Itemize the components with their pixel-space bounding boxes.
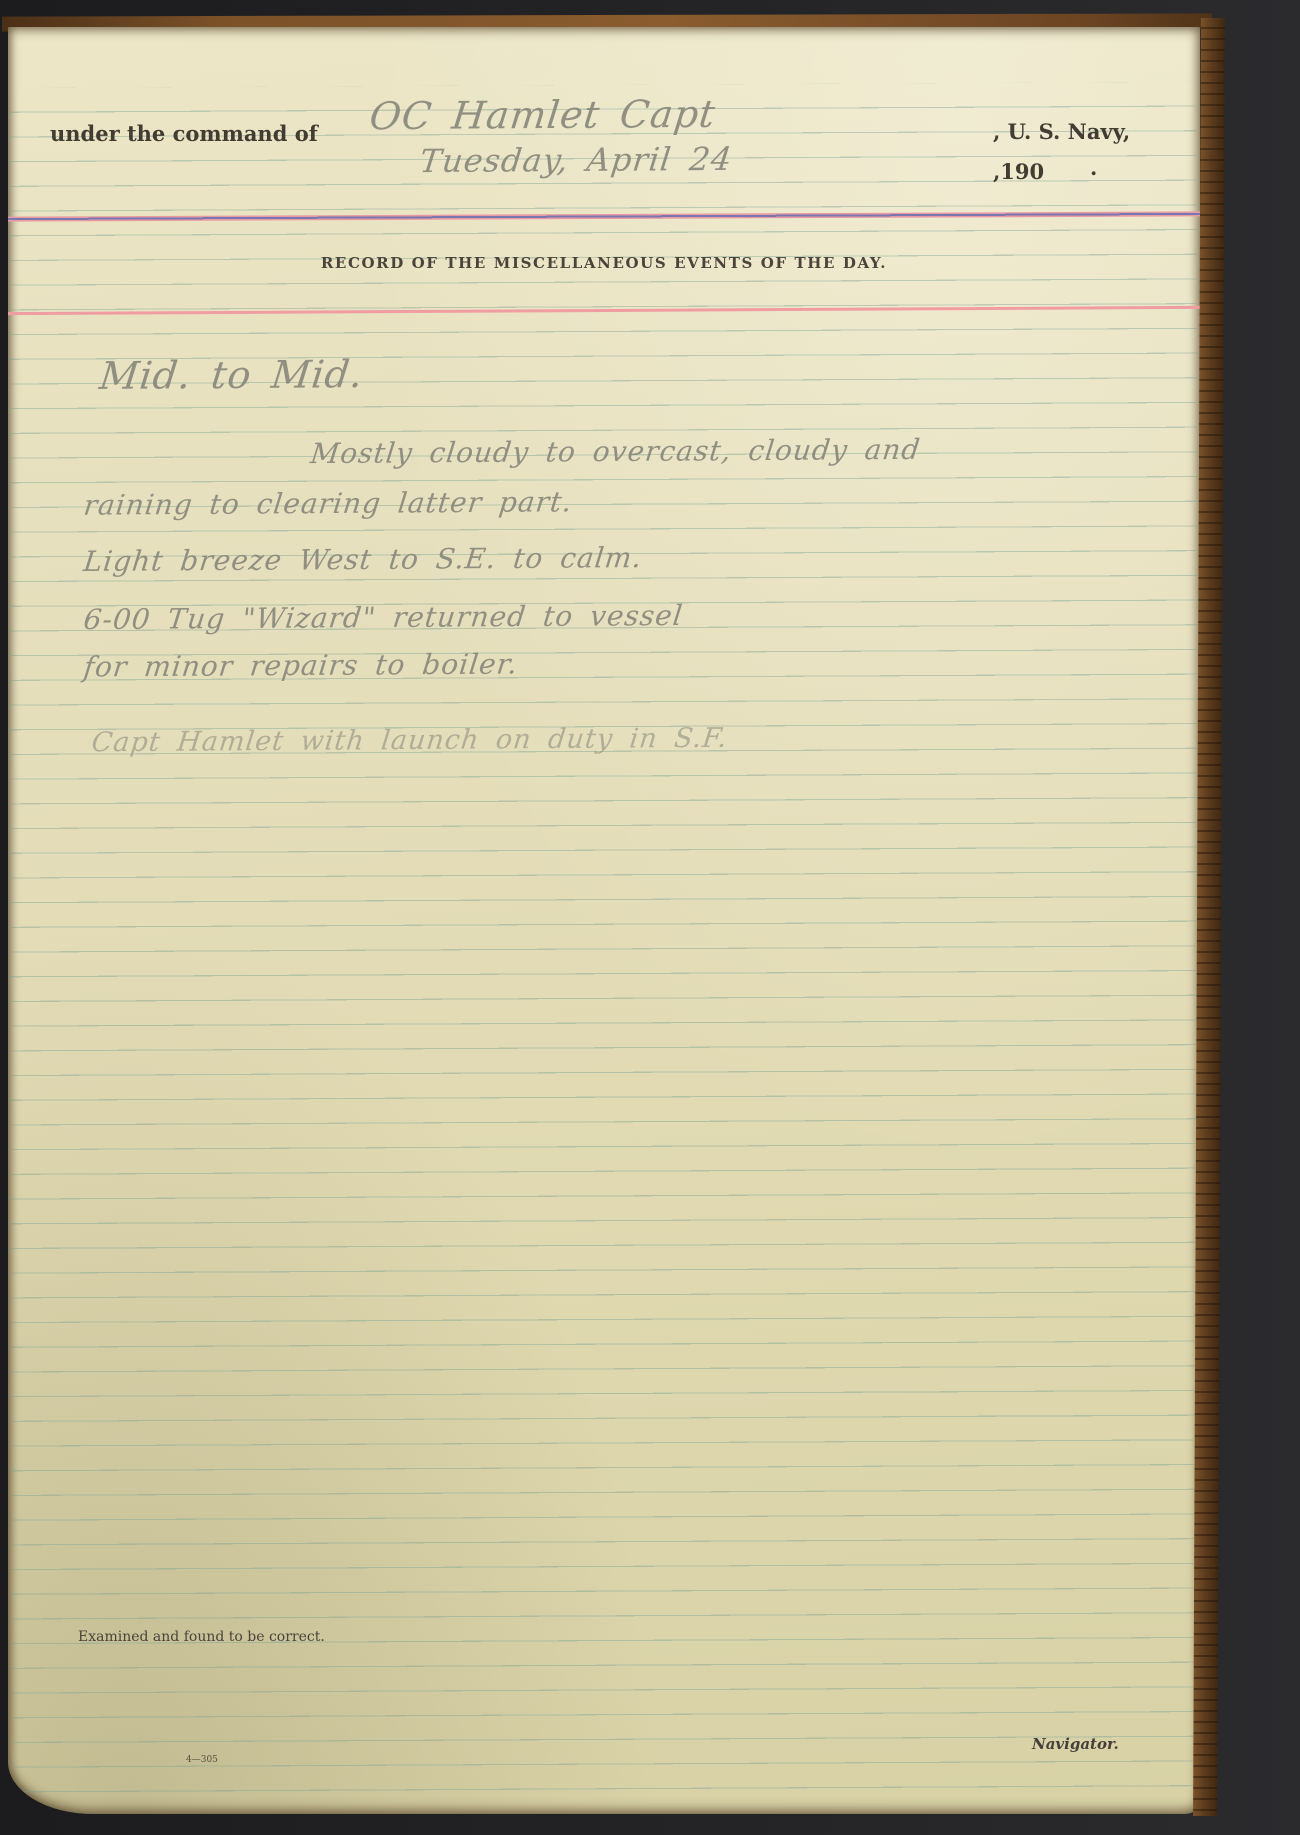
navigator-signature-label: Navigator. — [1032, 1735, 1119, 1753]
log-entry: Mostly cloudy to overcast, cloudy and — [309, 433, 923, 470]
logbook-page: under the command of OC Hamlet Capt , U.… — [8, 27, 1200, 1814]
ruled-feint-lines — [8, 82, 1200, 1808]
scan-backdrop: under the command of OC Hamlet Capt , U.… — [0, 0, 1300, 1835]
preprinted-period-mark: . — [1090, 155, 1097, 180]
examined-certification-label: Examined and found to be correct. — [78, 1629, 325, 1645]
form-number: 4—305 — [186, 1755, 218, 1765]
log-entry: Capt Hamlet with launch on duty in S.F. — [90, 723, 729, 758]
log-entry: 6-00 Tug "Wizard" returned to vessel — [82, 599, 685, 636]
handwritten-date: Tuesday, April 24 — [418, 140, 735, 180]
log-entry: raining to clearing latter part. — [82, 485, 574, 521]
preprinted-command-label: under the command of — [50, 121, 318, 146]
preprinted-year-label: ,190 — [993, 159, 1044, 184]
preprinted-navy-label: , U. S. Navy, — [993, 119, 1130, 144]
log-entry: for minor repairs to boiler. — [82, 647, 520, 683]
section-title: RECORD OF THE MISCELLANEOUS EVENTS OF TH… — [8, 254, 1200, 272]
log-entry: Mid. to Mid. — [97, 352, 366, 398]
log-entry: Light breeze West to S.E. to calm. — [82, 541, 644, 578]
handwritten-commander-name: OC Hamlet Capt — [367, 92, 718, 138]
